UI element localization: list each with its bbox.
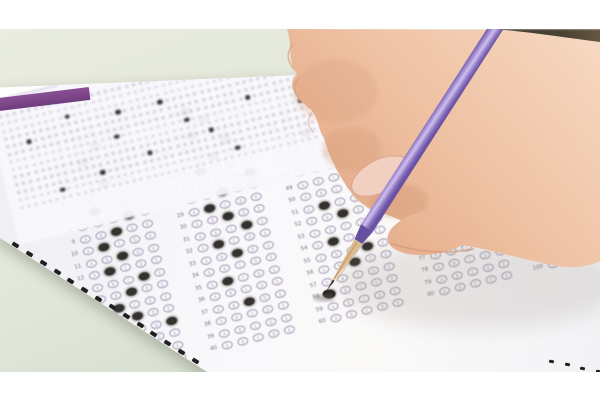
photo-frame: 1ABCDE2ABCDE3ABCDE4ABCDE5ABCDE6ABCDE7ABC… <box>0 0 600 400</box>
pencil-wood-streak <box>334 242 357 279</box>
finger-fold-shading <box>294 59 378 123</box>
pencil-tip-shadow <box>314 295 334 302</box>
photo-background: 1ABCDE2ABCDE3ABCDE4ABCDE5ABCDE6ABCDE7ABC… <box>0 29 600 372</box>
pencil-graphite <box>326 280 334 291</box>
hand-and-pencil-layer <box>0 29 600 372</box>
